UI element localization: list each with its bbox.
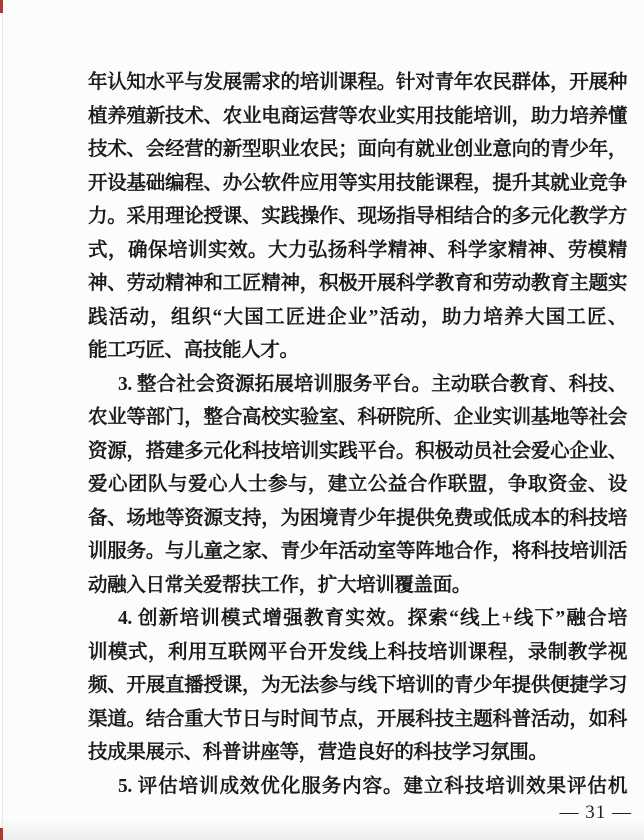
- scan-bottom-shadow: [0, 820, 644, 840]
- text-line: 频、开展直播授课，为无法参与线下培训的青少年提供便捷学习: [88, 669, 627, 703]
- scan-edge-line: [2, 0, 3, 840]
- text-line: 动融入日常关爱帮扶工作，扩大培训覆盖面。: [88, 569, 627, 603]
- text-line: 3. 整合社会资源拓展培训服务平台。主动联合教育、科技、: [88, 368, 627, 402]
- text-line: 能工巧匠、高技能人才。: [88, 334, 627, 368]
- text-line: 训模式，利用互联网平台开发线上科技培训课程，录制教学视: [88, 636, 627, 670]
- red-edge-artifact-bottom: [0, 828, 3, 840]
- body-text-block: 年认知水平与发展需求的培训课程。针对青年农民群体，开展种植养殖新技术、农业电商运…: [88, 66, 627, 803]
- text-line: 备、场地等资源支持，为困境青少年提供免费或低成本的科技培: [88, 502, 627, 536]
- text-line: 式，确保培训实效。大力弘扬科学精神、科学家精神、劳模精: [88, 234, 627, 268]
- text-line: 技成果展示、科普讲座等，营造良好的科技学习氛围。: [88, 736, 627, 770]
- text-line: 农业等部门，整合高校实验室、科研院所、企业实训基地等社会: [88, 401, 627, 435]
- red-edge-artifact-top: [0, 0, 3, 13]
- text-line: 开设基础编程、办公软件应用等实用技能课程，提升其就业竞争: [88, 167, 627, 201]
- text-line: 训服务。与儿童之家、青少年活动室等阵地合作，将科技培训活: [88, 535, 627, 569]
- text-line: 神、劳动精神和工匠精神，积极开展科学教育和劳动教育主题实: [88, 267, 627, 301]
- text-line: 力。采用理论授课、实践操作、现场指导相结合的多元化教学方: [88, 200, 627, 234]
- text-line: 践活动，组织“大国工匠进企业”活动，助力培养大国工匠、: [88, 301, 627, 335]
- text-line: 5. 评估培训成效优化服务内容。建立科技培训效果评估机: [88, 770, 627, 804]
- text-line: 技术、会经营的新型职业农民；面向有就业创业意向的青少年，: [88, 133, 627, 167]
- text-line: 植养殖新技术、农业电商运营等农业实用技能培训，助力培养懂: [88, 100, 627, 134]
- text-line: 渠道。结合重大节日与时间节点，开展科技主题科普活动，如科: [88, 703, 627, 737]
- text-line: 年认知水平与发展需求的培训课程。针对青年农民群体，开展种: [88, 66, 627, 100]
- document-page: 年认知水平与发展需求的培训课程。针对青年农民群体，开展种植养殖新技术、农业电商运…: [0, 0, 644, 840]
- text-line: 资源，搭建多元化科技培训实践平台。积极动员社会爱心企业、: [88, 435, 627, 469]
- text-line: 4. 创新培训模式增强教育实效。探索“线上+线下”融合培: [88, 602, 627, 636]
- text-line: 爱心团队与爱心人士参与，建立公益合作联盟，争取资金、设: [88, 468, 627, 502]
